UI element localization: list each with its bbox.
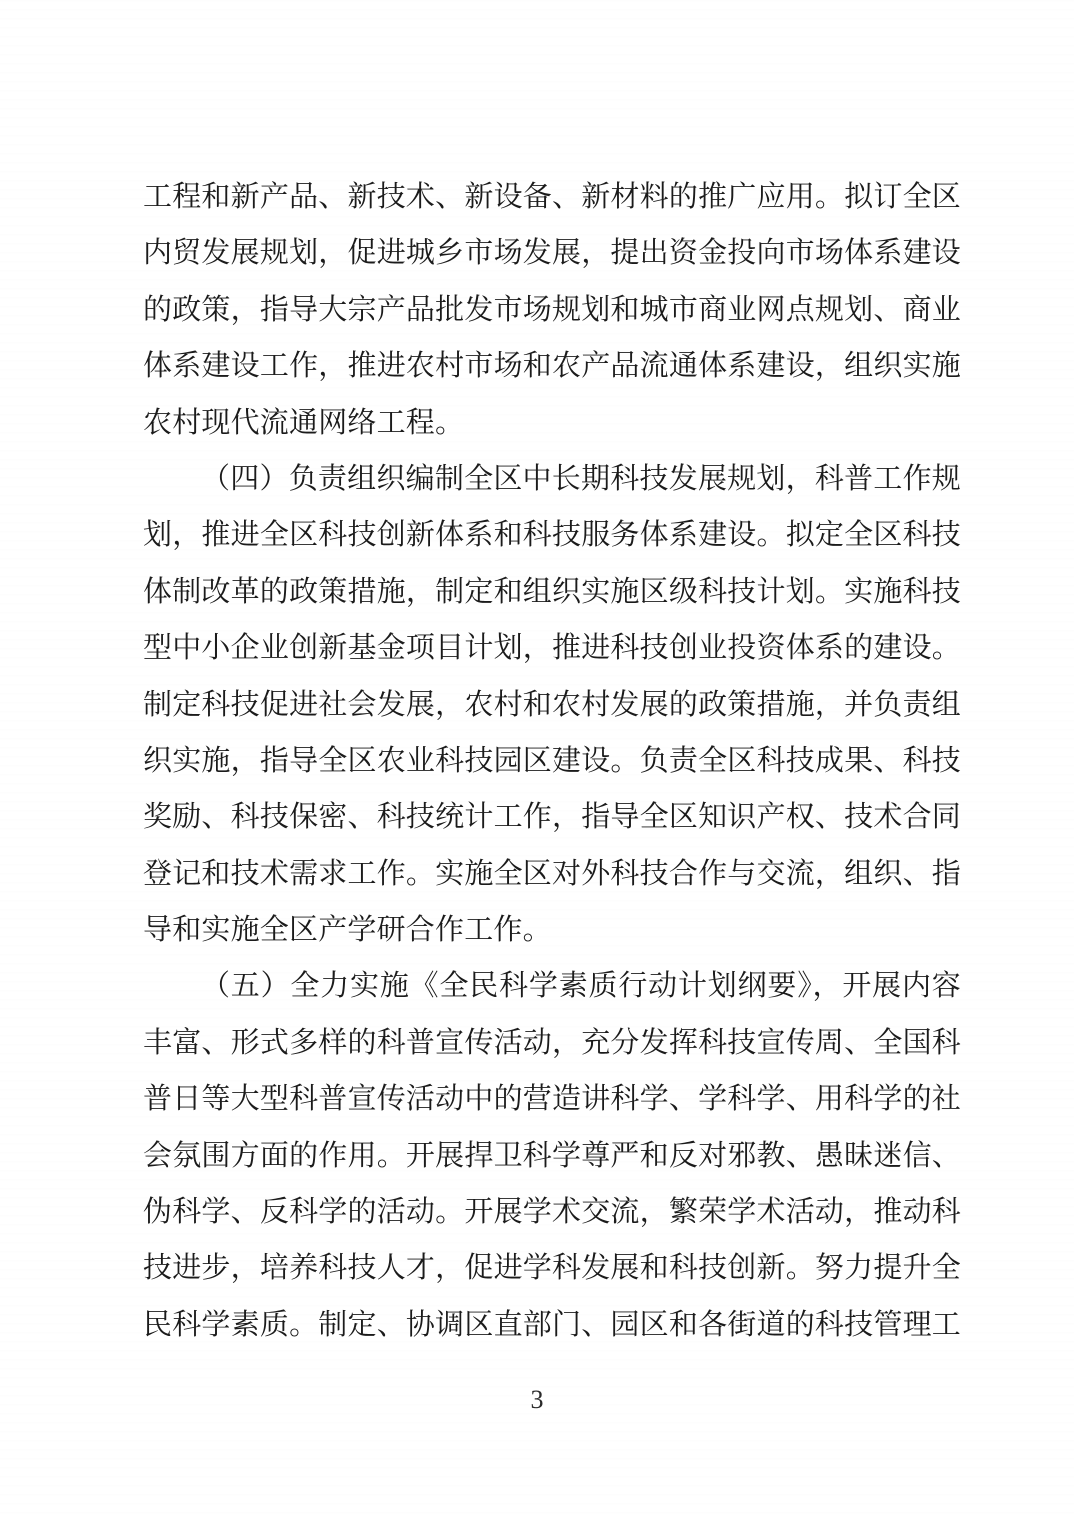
text-line: 内贸发展规划，促进城乡市场发展，提出资金投向市场体系建设 [143, 225, 961, 281]
text-line: 会氛围方面的作用。开展捍卫科学尊严和反对邪教、愚昧迷信、 [143, 1128, 961, 1184]
text-line-paragraph-end: 农村现代流通网络工程。 [143, 395, 961, 451]
document-body: 工程和新产品、新技术、新设备、新材料的推广应用。拟订全区 内贸发展规划，促进城乡… [143, 169, 961, 1353]
text-line: 织实施，指导全区农业科技园区建设。负责全区科技成果、科技 [143, 733, 961, 789]
text-line: 伪科学、反科学的活动。开展学术交流，繁荣学术活动，推动科 [143, 1184, 961, 1240]
text-line: 型中小企业创新基金项目计划，推进科技创业投资体系的建设。 [143, 620, 961, 676]
text-line: 体制改革的政策措施，制定和组织实施区级科技计划。实施科技 [143, 564, 961, 620]
text-line: 制定科技促进社会发展，农村和农村发展的政策措施，并负责组 [143, 677, 961, 733]
text-line-paragraph-start: （五）全力实施《全民科学素质行动计划纲要》，开展内容 [143, 958, 961, 1014]
text-line: 的政策，指导大宗产品批发市场规划和城市商业网点规划、商业 [143, 282, 961, 338]
text-line: 普日等大型科普宣传活动中的营造讲科学、学科学、用科学的社 [143, 1071, 961, 1127]
text-line: 体系建设工作，推进农村市场和农产品流通体系建设，组织实施 [143, 338, 961, 394]
page-number: 3 [531, 1385, 544, 1414]
text-line: 丰富、形式多样的科普宣传活动，充分发挥科技宣传周、全国科 [143, 1015, 961, 1071]
document-page: 工程和新产品、新技术、新设备、新材料的推广应用。拟订全区 内贸发展规划，促进城乡… [0, 0, 1074, 1520]
text-line: 奖励、科技保密、科技统计工作，指导全区知识产权、技术合同 [143, 789, 961, 845]
text-line-paragraph-end: 导和实施全区产学研合作工作。 [143, 902, 961, 958]
text-line: 民科学素质。制定、协调区直部门、园区和各街道的科技管理工 [143, 1297, 961, 1353]
text-line: 划，推进全区科技创新体系和科技服务体系建设。拟定全区科技 [143, 507, 961, 563]
text-line: 登记和技术需求工作。实施全区对外科技合作与交流，组织、指 [143, 846, 961, 902]
text-line: 技进步，培养科技人才，促进学科发展和科技创新。努力提升全 [143, 1240, 961, 1296]
text-line-paragraph-start: （四）负责组织编制全区中长期科技发展规划，科普工作规 [143, 451, 961, 507]
text-line: 工程和新产品、新技术、新设备、新材料的推广应用。拟订全区 [143, 169, 961, 225]
page-footer: 3 [0, 1385, 1074, 1415]
